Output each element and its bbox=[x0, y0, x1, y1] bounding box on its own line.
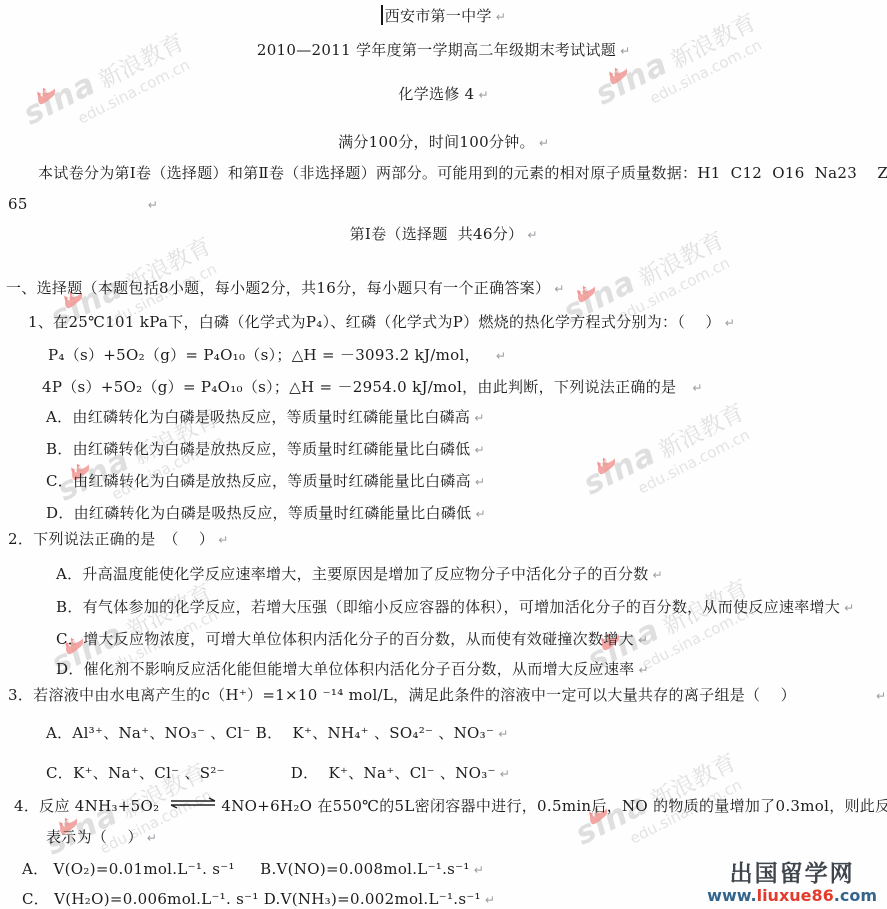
watermark-url: edu.sina.com.cn bbox=[635, 398, 807, 498]
liuxue-site-url: www.liuxue86.com bbox=[707, 887, 877, 905]
paragraph-mark: ↵ bbox=[653, 568, 663, 582]
paragraph-mark: ↵ bbox=[498, 727, 508, 741]
q2-option-b: B．有气体参加的化学反应，若增大压强（即缩小反应容器的体积），可增加活化分子的百… bbox=[56, 596, 854, 619]
paragraph-mark: ↵ bbox=[474, 863, 484, 877]
paragraph-mark: ↵ bbox=[638, 663, 648, 677]
q2-stem: 2．下列说法正确的是 （ ）↵ bbox=[8, 528, 228, 551]
q2-stem-text: 2．下列说法正确的是 （ ） bbox=[8, 530, 214, 548]
paragraph-mark: ↵ bbox=[147, 831, 157, 845]
paragraph-mark: ↵ bbox=[725, 316, 735, 330]
q3-stem-text: 3．若溶液中由水电离产生的c（H⁺）=1×10 ⁻¹⁴ mol/L，满足此条件的… bbox=[8, 686, 796, 704]
q3-options-ab-text: A．Al³⁺、Na⁺、NO₃⁻ 、Cl⁻ B． K⁺、NH₄⁺ 、SO₄²⁻ 、… bbox=[46, 724, 494, 742]
paragraph-mark: ↵ bbox=[485, 893, 495, 907]
q1-stem-text: 1、在25℃101 kPa下，白磷（化学式为P₄）、红磷（化学式为P）燃烧的热化… bbox=[28, 313, 721, 331]
intro-cont-text: 65 bbox=[8, 195, 28, 213]
paragraph-mark: ↵ bbox=[844, 601, 854, 615]
equilibrium-arrow-icon bbox=[169, 797, 217, 809]
intro-text: 本试卷分为第Ⅰ卷（选择题）和第Ⅱ卷（非选择题）两部分。可能用到的元素的相对原子质… bbox=[38, 164, 887, 182]
q1-option-a-text: A．由红磷转化为白磷是吸热反应，等质量时红磷能量比白磷高 bbox=[46, 408, 470, 426]
paragraph-mark: ↵ bbox=[218, 533, 228, 547]
q1-option-b-text: B．由红磷转化为白磷是放热反应，等质量时红磷能量比白磷低 bbox=[46, 440, 470, 458]
q3-options-cd-text: C．K⁺、Na⁺、Cl⁻ 、S²⁻ D． K⁺、Na⁺、Cl⁻ 、NO₃⁻ bbox=[46, 764, 496, 782]
q1-option-b: B．由红磷转化为白磷是放热反应，等质量时红磷能量比白磷低↵ bbox=[46, 438, 485, 461]
q3-options-ab: A．Al³⁺、Na⁺、NO₃⁻ 、Cl⁻ B． K⁺、NH₄⁺ 、SO₄²⁻ 、… bbox=[46, 722, 508, 745]
paragraph-mark: ↵ bbox=[474, 411, 484, 425]
q1-stem: 1、在25℃101 kPa下，白磷（化学式为P₄）、红磷（化学式为P）燃烧的热化… bbox=[28, 311, 735, 334]
liuxue-url-main: liuxue86 bbox=[757, 886, 834, 905]
q4-options-cd: C． V(H₂O)=0.006mol.L⁻¹. s⁻¹ D.V(NH₃)=0.0… bbox=[22, 888, 495, 909]
school-name-line: 西安市第一中学↵ bbox=[0, 5, 887, 28]
intro-continuation: 65↵ bbox=[8, 193, 158, 216]
section1-text: 一、选择题（本题包括8小题，每小题2分，共16分，每小题只有一个正确答案） bbox=[6, 279, 550, 297]
q1-equation-1: P₄（s）+5O₂（g）= P₄O₁₀（s）；△H = －3093.2 kJ/m… bbox=[48, 344, 506, 367]
q1-option-d: D．由红磷转化为白磷是吸热反应，等质量时红磷能量比白磷低↵ bbox=[46, 502, 486, 525]
q1-equation-2: 4P（s）+5O₂（g）= P₄O₁₀（s）；△H = －2954.0 kJ/m… bbox=[42, 376, 702, 399]
q1-equation-1-text: P₄（s）+5O₂（g）= P₄O₁₀（s）；△H = －3093.2 kJ/m… bbox=[48, 346, 480, 364]
paragraph-mark: ↵ bbox=[475, 507, 485, 521]
liuxue-site-name: 出国留学网 bbox=[707, 862, 877, 887]
q4-options-ab: A． V(O₂)=0.01mol.L⁻¹. s⁻¹ B.V(NO)=0.008m… bbox=[22, 858, 484, 881]
watermark-url: edu.sina.com.cn bbox=[639, 574, 811, 674]
liuxue-url-www: www. bbox=[707, 886, 756, 905]
exam-paper-page: sina新浪教育 edu.sina.com.cn sina新浪教育 edu.si… bbox=[0, 0, 887, 909]
q1-option-c-text: C．由红磷转化为白磷是放热反应，等质量时红磷能量比白磷高 bbox=[46, 472, 471, 490]
paragraph-mark: ↵ bbox=[496, 10, 506, 24]
intro-paragraph: 本试卷分为第Ⅰ卷（选择题）和第Ⅱ卷（非选择题）两部分。可能用到的元素的相对原子质… bbox=[38, 162, 887, 184]
q4-options-ab-text: A． V(O₂)=0.01mol.L⁻¹. s⁻¹ B.V(NO)=0.008m… bbox=[22, 860, 470, 878]
q4-stem-post-text: 4NO+6H₂O 在550℃的5L密闭容器中进行，0.5min后，NO 的物质的… bbox=[221, 797, 887, 815]
q4-options-cd-text: C． V(H₂O)=0.006mol.L⁻¹. s⁻¹ D.V(NH₃)=0.0… bbox=[22, 890, 481, 908]
paragraph-mark: ↵ bbox=[692, 381, 702, 395]
q2-option-a: A．升高温度能使化学反应速率增大，主要原因是增加了反应物分子中活化分子的百分数↵ bbox=[56, 563, 663, 586]
q4-stem-cont-text: 表示为（ ） bbox=[46, 828, 143, 846]
q1-option-d-text: D．由红磷转化为白磷是吸热反应，等质量时红磷能量比白磷低 bbox=[46, 504, 471, 522]
exam-title-line: 2010—2011 学年度第一学期高二年级期末考试试题↵ bbox=[0, 39, 887, 62]
q2-option-a-text: A．升高温度能使化学反应速率增大，主要原因是增加了反应物分子中活化分子的百分数 bbox=[56, 565, 649, 583]
paragraph-mark: ↵ bbox=[475, 475, 485, 489]
q1-equation-2-text: 4P（s）+5O₂（g）= P₄O₁₀（s）；△H = －2954.0 kJ/m… bbox=[42, 378, 676, 396]
q1-option-c: C．由红磷转化为白磷是放热反应，等质量时红磷能量比白磷高↵ bbox=[46, 470, 485, 493]
paragraph-mark: ↵ bbox=[638, 633, 648, 647]
watermark-brand-cn: 新浪教育 bbox=[655, 400, 748, 463]
liuxue-url-tld: .com bbox=[834, 886, 877, 905]
exam-title: 2010—2011 学年度第一学期高二年级期末考试试题 bbox=[257, 41, 616, 59]
q2-option-d: D．催化剂不影响反应活化能但能增大单位体积内活化分子百分数，从而增大反应速率↵ bbox=[56, 658, 649, 681]
score-time-line: 满分100分，时间100分钟。↵ bbox=[0, 131, 887, 154]
paragraph-mark: ↵ bbox=[474, 443, 484, 457]
q2-option-c-text: C．增大反应物浓度，可增大单位体积内活化分子的百分数，从而使有效碰撞次数增大 bbox=[56, 630, 634, 648]
paragraph-mark: ↵ bbox=[539, 136, 549, 150]
q4-stem: 4．反应 4NH₃+5O₂4NO+6H₂O 在550℃的5L密闭容器中进行，0.… bbox=[14, 795, 887, 817]
q2-option-b-text: B．有气体参加的化学反应，若增大压强（即缩小反应容器的体积），可增加活化分子的百… bbox=[56, 598, 840, 616]
subject-line: 化学选修 4↵ bbox=[0, 83, 887, 106]
paragraph-mark: ↵ bbox=[554, 282, 564, 296]
q2-option-c: C．增大反应物浓度，可增大单位体积内活化分子的百分数，从而使有效碰撞次数增大↵ bbox=[56, 628, 648, 651]
text-cursor bbox=[381, 5, 383, 25]
q2-option-d-text: D．催化剂不影响反应活化能但能增大单位体积内活化分子百分数，从而增大反应速率 bbox=[56, 660, 634, 678]
q1-option-a: A．由红磷转化为白磷是吸热反应，等质量时红磷能量比白磷高↵ bbox=[46, 406, 484, 429]
score-time: 满分100分，时间100分钟。 bbox=[338, 133, 535, 151]
q3-stem: 3．若溶液中由水电离产生的c（H⁺）=1×10 ⁻¹⁴ mol/L，满足此条件的… bbox=[8, 684, 886, 707]
watermark-brand: sina bbox=[579, 438, 661, 500]
subject-title: 化学选修 4 bbox=[398, 85, 474, 103]
liuxue-logo: 出国留学网 www.liuxue86.com bbox=[707, 862, 877, 905]
paragraph-mark: ↵ bbox=[500, 767, 510, 781]
school-name: 西安市第一中学 bbox=[385, 7, 492, 25]
section1-title: 一、选择题（本题包括8小题，每小题2分，共16分，每小题只有一个正确答案）↵ bbox=[6, 277, 564, 300]
paragraph-mark: ↵ bbox=[527, 228, 537, 242]
q4-stem-continuation: 表示为（ ）↵ bbox=[46, 826, 157, 849]
sina-watermark: sina新浪教育 edu.sina.com.cn bbox=[571, 719, 799, 869]
paragraph-mark: ↵ bbox=[876, 689, 886, 703]
q3-options-cd: C．K⁺、Na⁺、Cl⁻ 、S²⁻ D． K⁺、Na⁺、Cl⁻ 、NO₃⁻↵ bbox=[46, 762, 510, 785]
q4-stem-pre-text: 4．反应 4NH₃+5O₂ bbox=[14, 797, 159, 815]
part1-title: 第Ⅰ卷（选择题 共46分） bbox=[350, 225, 524, 243]
paragraph-mark: ↵ bbox=[496, 349, 506, 363]
paragraph-mark: ↵ bbox=[148, 198, 158, 212]
paragraph-mark: ↵ bbox=[479, 88, 489, 102]
paragraph-mark: ↵ bbox=[620, 44, 630, 58]
part1-header: 第Ⅰ卷（选择题 共46分）↵ bbox=[0, 223, 887, 246]
